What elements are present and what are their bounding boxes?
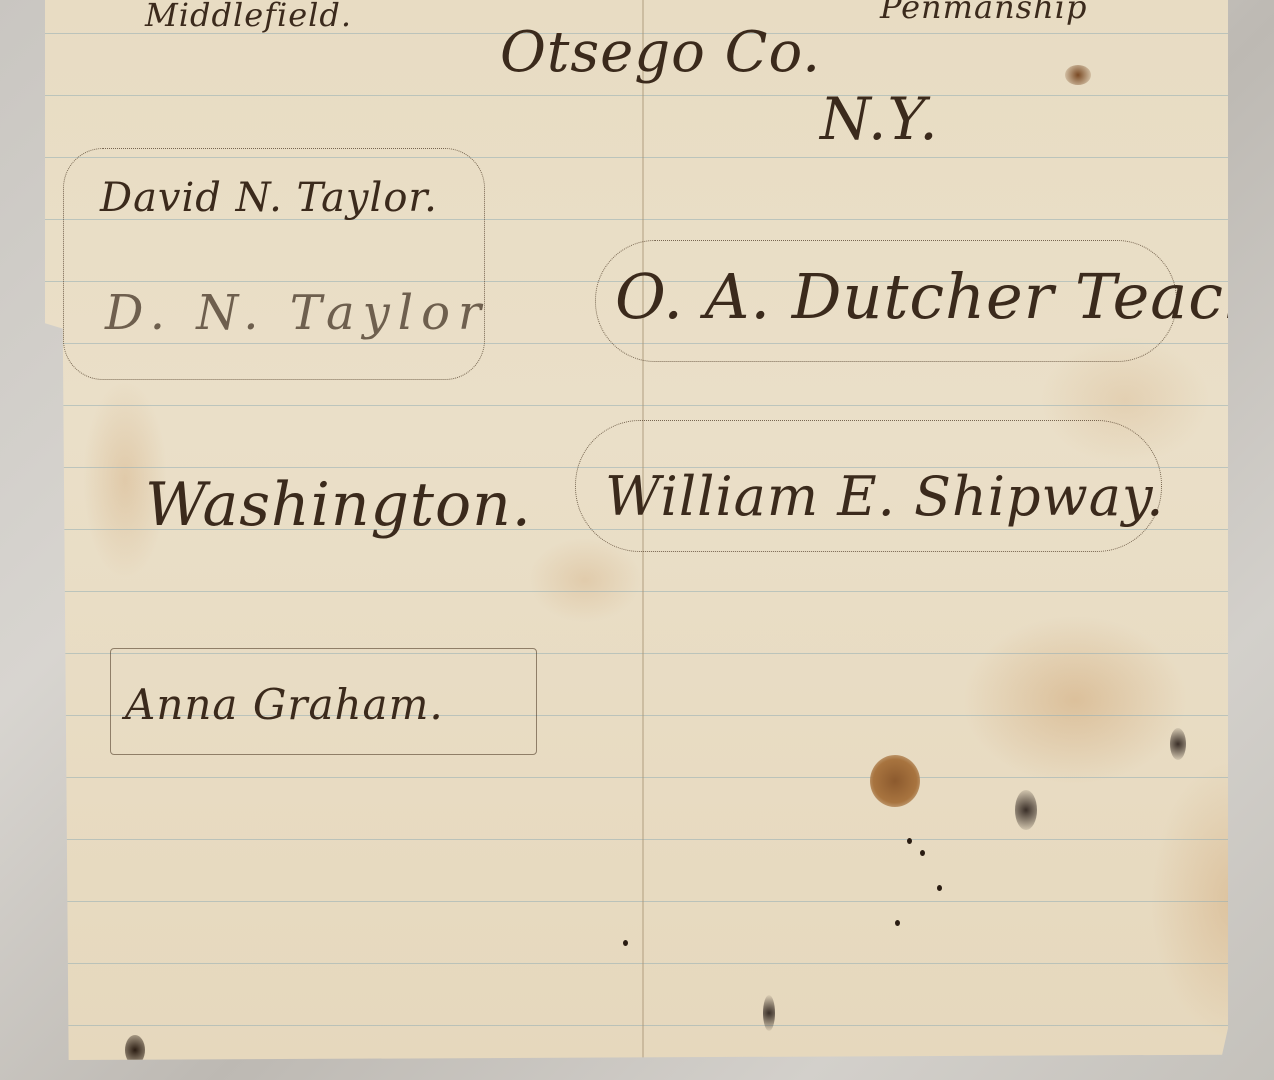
- ruled-line: [45, 405, 1228, 406]
- ruled-line: [45, 95, 1228, 96]
- ink-dot: [623, 940, 628, 946]
- inscription-middlefield: Middlefield.: [145, 0, 352, 34]
- ruled-line: [45, 963, 1228, 964]
- ruled-line: [45, 839, 1228, 840]
- ink-dot: [907, 838, 912, 844]
- inscription-david-taylor: David N. Taylor.: [100, 175, 438, 221]
- ink-dot: [895, 920, 900, 926]
- ink-smudge: [125, 1035, 145, 1065]
- inscription-washington: Washington.: [145, 470, 532, 540]
- paper-sheet: Middlefield. Otsego Co. Penmanship N.Y. …: [45, 0, 1228, 1060]
- inscription-william-shipway: William E. Shipway.: [605, 465, 1164, 528]
- inscription-ny: N.Y.: [820, 85, 939, 153]
- inscription-flourish-name: D. N. Taylor: [105, 285, 489, 341]
- ruled-line: [45, 901, 1228, 902]
- inscription-anna-graham: Anna Graham.: [125, 680, 444, 729]
- ink-stain: [1065, 65, 1091, 85]
- ruled-line: [45, 591, 1228, 592]
- ink-stain: [870, 755, 920, 807]
- inscription-otsego-co: Otsego Co.: [500, 20, 821, 85]
- ink-smudge: [1170, 728, 1186, 760]
- inscription-penmanship: Penmanship: [880, 0, 1087, 26]
- ink-dot: [937, 885, 942, 891]
- ink-smudge: [1015, 790, 1037, 830]
- ink-smudge: [763, 995, 775, 1031]
- ruled-line: [45, 777, 1228, 778]
- ink-dot: [920, 850, 925, 856]
- inscription-dutcher-teacher: O. A. Dutcher Teacher: [615, 260, 1274, 333]
- ruled-line: [45, 1025, 1228, 1026]
